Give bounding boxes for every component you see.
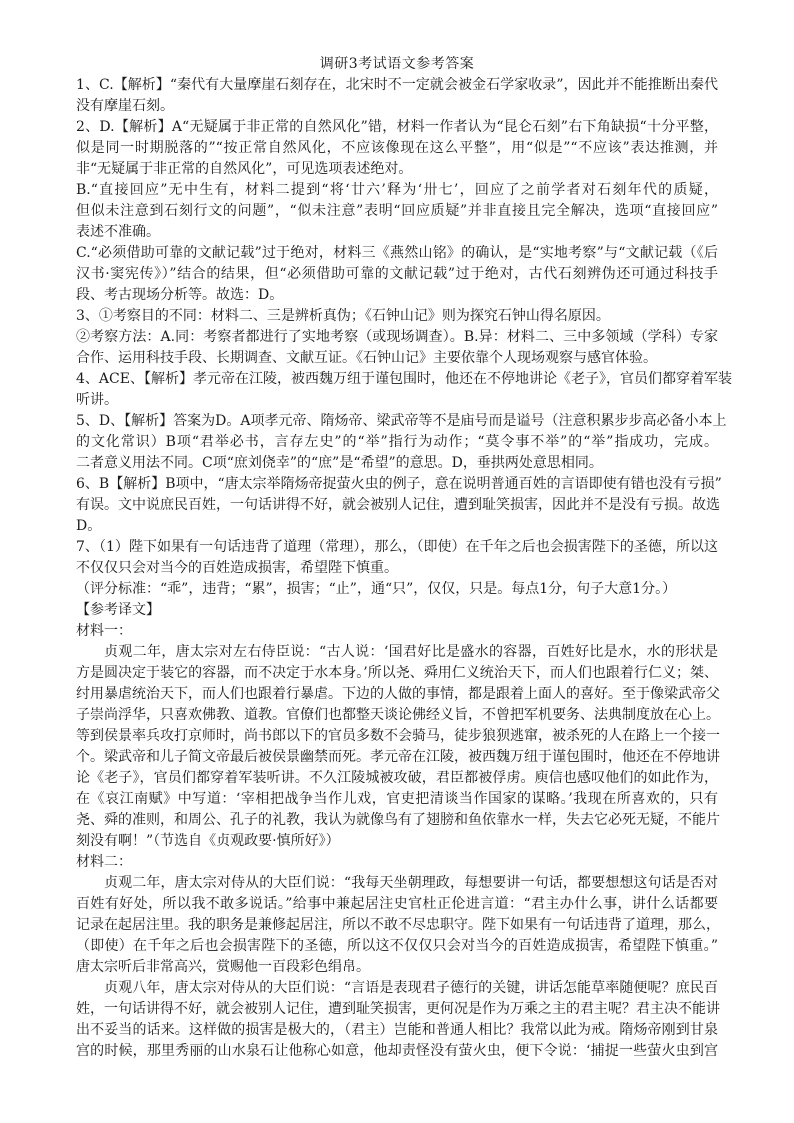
text-line: 宫的时候，那里秀丽的山水泉石让他称心如意，他却责怪没有萤火虫，便下令说：‘捕捉一… [76, 1041, 718, 1062]
text-line: 二者意义用法不同。C项“庶刘侥幸”的“庶”是“希望”的意思。D，垂拱两处意思相同… [76, 453, 718, 474]
text-line: 材料一： [76, 621, 718, 642]
text-line: 贞观八年，唐太宗对侍从的大臣们说：“言语是表现君子德行的关键，讲话怎能草率随便呢… [76, 978, 718, 999]
answer-document: 调研3考试语文参考答案 1、C.【解析】“秦代有大量摩崖石刻存在，北宋时不一定就… [76, 54, 718, 1062]
text-line: 等到侯景率兵攻打京师时，尚书郎以下的官员多数不会骑马，徒步狼狈逃窜，被杀死的人在… [76, 726, 718, 747]
text-line: （评分标准：“乖”，违背；“累”，损害；“止”，通“只”，仅仅，只是。每点1分，… [76, 579, 718, 600]
text-line: 尧、舜的准则，和周公、孔子的礼教，我认为就像鸟有了翅膀和鱼依靠水一样，失去它必死… [76, 810, 718, 831]
text-line: 没有摩崖石刻。 [76, 96, 718, 117]
text-line: 汉书·窦宪传》）”结合的结果，但“必须借助可靠的文献记载”过于绝对，古代石刻辨伪… [76, 264, 718, 285]
text-line: 【参考译文】 [76, 600, 718, 621]
text-line: 不仅仅只会对当今的百姓造成损害，希望陛下慎重。 [76, 558, 718, 579]
text-line: ②考察方法：A.同：考察者都进行了实地考察（或现场调查）。B.异：材料二、三中多… [76, 327, 718, 348]
text-line: 段、考古现场分析等。故选：D。 [76, 285, 718, 306]
text-line: B.“直接回应”无中生有，材料二提到“将‘廿六’释为‘卅七’，回应了之前学者对石… [76, 180, 718, 201]
text-line: 6、B【解析】B项中，“唐太宗举隋炀帝捉萤火虫的例子，意在说明普通百姓的言语即使… [76, 474, 718, 495]
text-line: 子崇尚浮华，只喜欢佛教、道教。官僚们也都整天谈论佛经义旨，不曾把军机要务、法典制… [76, 705, 718, 726]
text-line: 合作、运用科技手段、长期调查、文献互证。《石钟山记》主要依靠个人现场观察与感官体… [76, 348, 718, 369]
text-line: 纣用暴虐统治天下，而人们也跟着行暴虐。下边的人做的事情，都是跟着上面人的喜好。至… [76, 684, 718, 705]
text-line: 个。梁武帝和儿子简文帝最后被侯景幽禁而死。孝元帝在江陵，被西魏万纽于谨包围时，他… [76, 747, 718, 768]
text-line: 表述不准确。 [76, 222, 718, 243]
text-line: D。 [76, 516, 718, 537]
text-line: 7、（1）陛下如果有一句话违背了道理（常理），那么，（即使）在千年之后也会损害陛… [76, 537, 718, 558]
text-line: 2、D.【解析】A“无疑属于非正常的自然风化”错，材料一作者认为“昆仑石刻”右下… [76, 117, 718, 138]
text-line: 唐太宗听后非常高兴，赏赐他一百段彩色绢帛。 [76, 957, 718, 978]
document-title: 调研3考试语文参考答案 [76, 54, 718, 75]
text-line: 方是圆决定于装它的容器，而不决定于水本身。’所以尧、舜用仁义统治天下，而人们也跟… [76, 663, 718, 684]
text-line: 4、ACE、【解析】孝元帝在江陵，被西魏万纽于谨包围时，他还在不停地讲论《老子》… [76, 369, 718, 390]
text-line: 贞观二年，唐太宗对左右侍臣说：“古人说：‘国君好比是盛水的容器，百姓好比是水，水… [76, 642, 718, 663]
text-line: 出不妥当的话来。这样做的损害是极大的，（君主）岂能和普通人相比？我常以此为戒。隋… [76, 1020, 718, 1041]
text-line: 刻没有啊！”（节选自《贞观政要·慎所好》） [76, 831, 718, 852]
text-line: 但似未注意到石刻行文的问题”，“似未注意”表明“回应质疑”并非直接且完全解决，选… [76, 201, 718, 222]
text-line: 论《老子》，官员们都穿着军装听讲。不久江陵城被攻破，君臣都被俘虏。庾信也感叹他们… [76, 768, 718, 789]
document-body: 1、C.【解析】“秦代有大量摩崖石刻存在，北宋时不一定就会被金石学家收录”，因此… [76, 75, 718, 1062]
text-line: 有误。文中说庶民百姓，一句话讲得不好，就会被别人记住，遭到耻笑损害，因此并不是没… [76, 495, 718, 516]
text-line: 3、①考察目的不同：材料二、三是辨析真伪；《石钟山记》则为探究石钟山得名原因。 [76, 306, 718, 327]
text-line: 姓，一句话讲得不好，就会被别人记住，遭到耻笑损害，更何况是作为万乘之主的君主呢？… [76, 999, 718, 1020]
text-line: （即使）在千年之后也会损害陛下的圣德，所以这不仅仅只会对当今的百姓造成损害，希望… [76, 936, 718, 957]
text-line: 5、D、【解析】答案为D。A项孝元帝、隋炀帝、梁武帝等不是庙号而是谥号（注意积累… [76, 411, 718, 432]
text-line: 记录在起居注里。我的职务是兼修起居注，所以不敢不尽忠职守。陛下如果有一句话违背了… [76, 915, 718, 936]
text-line: 1、C.【解析】“秦代有大量摩崖石刻存在，北宋时不一定就会被金石学家收录”，因此… [76, 75, 718, 96]
text-line: 材料二： [76, 852, 718, 873]
text-line: 在《哀江南赋》中写道：‘宰相把战争当作儿戏，官吏把清谈当作国家的谋略。’我现在所… [76, 789, 718, 810]
text-line: 非“无疑属于非正常的自然风化”，可见选项表述绝对。 [76, 159, 718, 180]
text-line: 百姓有好处，所以我不敢多说话。”给事中兼起居注史官杜正伦进言道：“君主办什么事，… [76, 894, 718, 915]
text-line: 的文化常识）B项“君举必书，言存左史”的“举”指行为动作；“莫令事不举”的“举”… [76, 432, 718, 453]
text-line: 听讲。 [76, 390, 718, 411]
text-line: 似是同一时期脱落的”“按正常自然风化，不应该像现在这么平整”，用“似是”“不应该… [76, 138, 718, 159]
text-line: C.“必须借助可靠的文献记载”过于绝对，材料三《燕然山铭》的确认，是“实地考察”… [76, 243, 718, 264]
text-line: 贞观二年，唐太宗对侍从的大臣们说：“我每天坐朝理政，每想要讲一句话，都要想想这句… [76, 873, 718, 894]
